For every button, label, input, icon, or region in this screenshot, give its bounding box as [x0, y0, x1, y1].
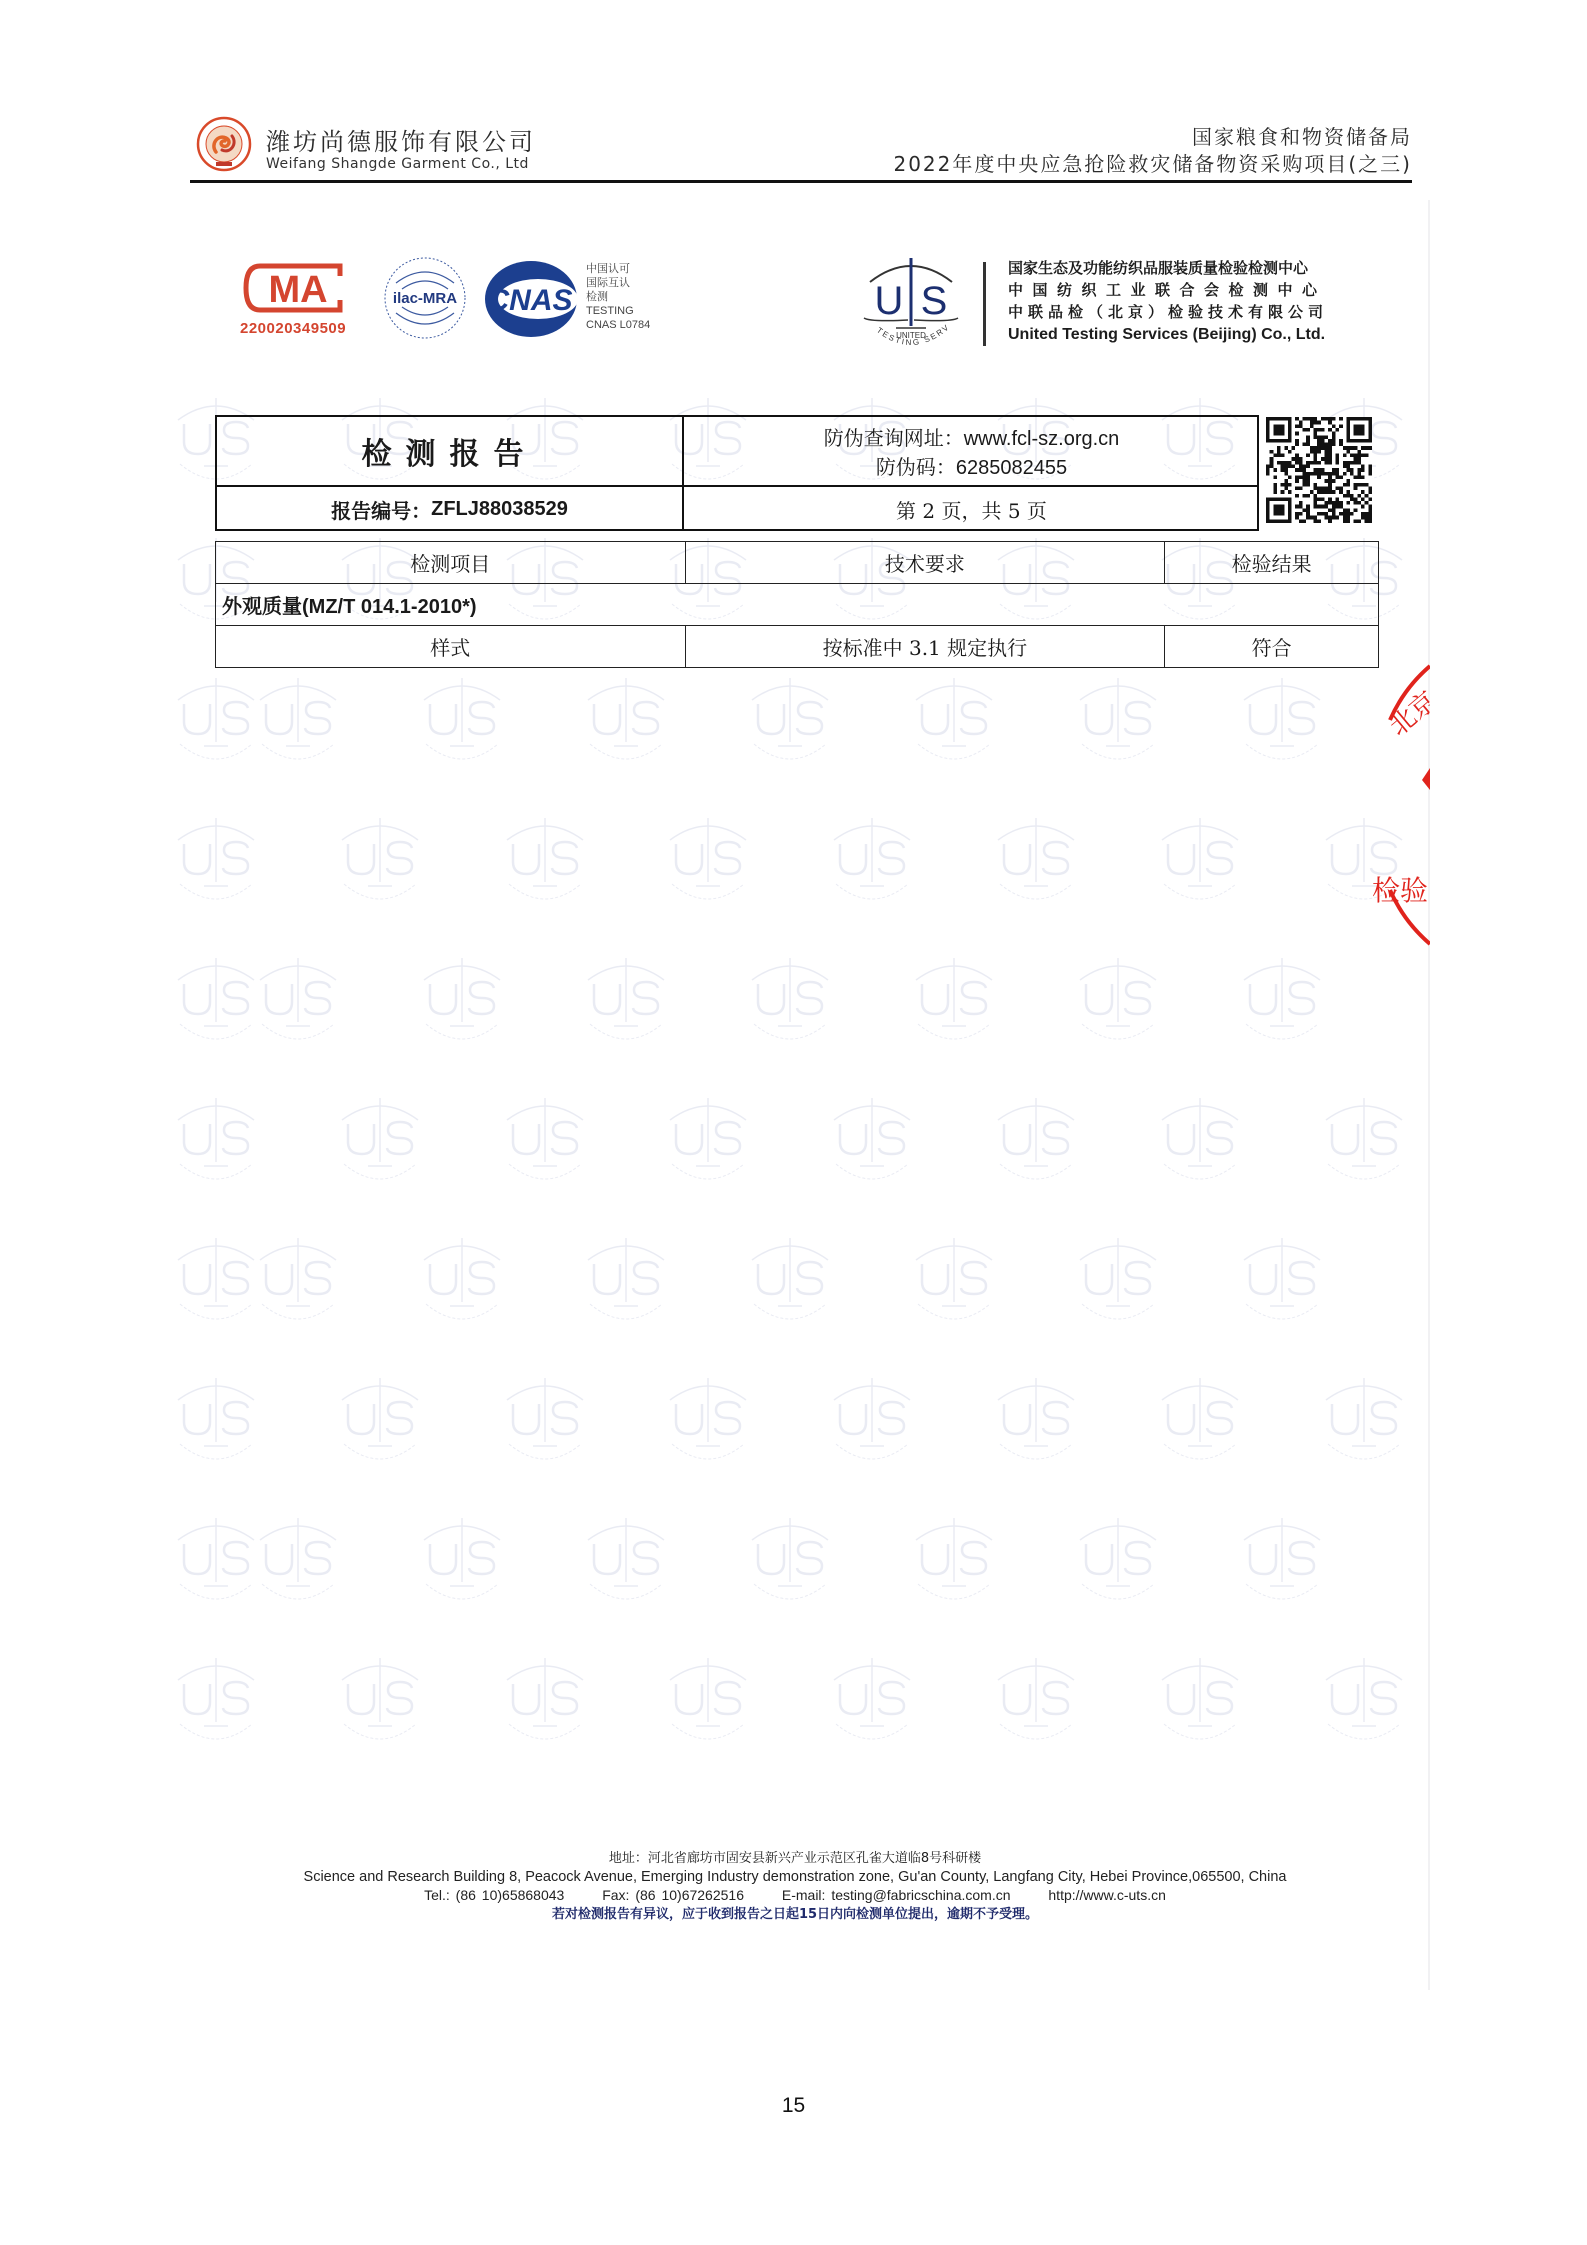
- group-title: 外观质量(MZ/T 014.1-2010*): [216, 584, 686, 626]
- uts-watermark-icon: [658, 1090, 758, 1190]
- uts-watermark-icon: [166, 950, 266, 1050]
- uts-watermark-icon: [822, 1370, 922, 1470]
- uts-watermark-icon: [166, 1650, 266, 1750]
- lab-name-2: 中国纺织工业联合会检测中心: [1008, 280, 1328, 302]
- uts-watermark-icon: [166, 670, 266, 770]
- uts-watermark-icon: [412, 1510, 512, 1610]
- uts-watermark-icon: [1068, 1230, 1168, 1330]
- uts-watermark-icon: [658, 1370, 758, 1470]
- uts-watermark-icon: [1232, 1230, 1332, 1330]
- uts-watermark-icon: [166, 810, 266, 910]
- lab-divider: [983, 262, 986, 346]
- anti-counterfeit-info: 防伪查询网址：www.fcl-sz.org.cn 防伪码：6285082455: [684, 417, 1259, 485]
- header-divider: [190, 180, 1412, 183]
- cnas-logo-icon: CNAS: [480, 258, 582, 340]
- verify-url[interactable]: www.fcl-sz.org.cn: [964, 428, 1120, 450]
- svg-text:U: U: [875, 279, 904, 323]
- uts-watermark-icon: [740, 1510, 840, 1610]
- company-name-en: Weifang Shangde Garment Co., Ltd: [266, 156, 529, 172]
- cma-number: 220020349509: [240, 320, 352, 337]
- uts-watermark-icon: [495, 810, 595, 910]
- uts-watermark-icon: [1150, 1370, 1250, 1470]
- page-number: 15: [0, 2094, 1587, 2118]
- uts-watermark-icon: [576, 950, 676, 1050]
- client-name: 国家粮食和物资储备局: [893, 124, 1412, 151]
- uts-watermark-icon: [576, 1230, 676, 1330]
- uts-watermark-icon: [658, 1650, 758, 1750]
- company-name-cn: 潍坊尚德服饰有限公司: [266, 122, 536, 157]
- results-table: 检测项目 技术要求 检验结果 外观质量(MZ/T 014.1-2010*) 样式…: [215, 541, 1379, 668]
- uts-watermark-icon: [986, 1650, 1086, 1750]
- qr-code-icon[interactable]: [1266, 417, 1372, 523]
- uts-watermark-icon: [330, 1650, 430, 1750]
- svg-text:MA: MA: [268, 269, 327, 311]
- uts-watermark-icon: [740, 670, 840, 770]
- uts-watermark-icon: [495, 1650, 595, 1750]
- svg-text:CNAS: CNAS: [487, 284, 572, 317]
- ilac-mra-logo-icon: ilac-MRA: [382, 255, 468, 341]
- uts-watermark-icon: [166, 1090, 266, 1190]
- report-header-box: 检测报告 报告编号： ZFLJ88038529 防伪查询网址：www.fcl-s…: [215, 415, 1259, 531]
- verify-url-label: 防伪查询网址：: [824, 426, 964, 450]
- inspection-seal-icon: 北京 检验: [1360, 660, 1430, 950]
- uts-watermark-icon: [412, 670, 512, 770]
- uts-watermark-icon: [166, 1230, 266, 1330]
- client-project: 国家粮食和物资储备局 2022年度中央应急抢险救灾储备物资采购项目(之三): [893, 124, 1412, 178]
- uts-watermark-icon: [1150, 1650, 1250, 1750]
- report-title: 检测报告: [217, 417, 682, 485]
- uts-watermark-icon: [740, 1230, 840, 1330]
- lab-name-en: United Testing Services (Beijing) Co., L…: [1008, 324, 1328, 346]
- lab-name-block: 国家生态及功能纺织品服装质量检验检测中心 中国纺织工业联合会检测中心 中联品检（…: [1008, 258, 1328, 346]
- uts-watermark-icon: [904, 1510, 1004, 1610]
- lab-name-1: 国家生态及功能纺织品服装质量检验检测中心: [1008, 258, 1328, 280]
- uts-watermark-icon: [1068, 950, 1168, 1050]
- lab-name-3: 中联品检（北京）检验技术有限公司: [1008, 302, 1328, 324]
- uts-watermark-icon: [904, 1230, 1004, 1330]
- uts-watermark-icon: [495, 1090, 595, 1190]
- svg-text:北京: 北京: [1384, 686, 1430, 742]
- row-requirement: 按标准中 3.1 规定执行: [685, 626, 1165, 668]
- company-logo-icon: [196, 116, 252, 172]
- cnas-caption-line: TESTING: [586, 304, 650, 318]
- project-name: 2022年度中央应急抢险救灾储备物资采购项目(之三): [893, 151, 1412, 178]
- uts-watermark-icon: [1314, 1370, 1414, 1470]
- svg-text:S: S: [921, 279, 948, 323]
- uts-watermark-icon: [1232, 950, 1332, 1050]
- cnas-caption-line: CNAS L0784: [586, 318, 650, 332]
- uts-watermark-icon: [166, 1510, 266, 1610]
- cma-logo: MA 220020349509: [240, 262, 352, 337]
- uts-watermark-icon: [412, 1230, 512, 1330]
- tel: Tel.: (86 10)65868043: [424, 1887, 564, 1903]
- svg-text:ilac-MRA: ilac-MRA: [393, 290, 457, 307]
- sheet-edge: [1428, 200, 1430, 1990]
- uts-watermark-icon: [495, 1370, 595, 1470]
- uts-watermark-icon: [986, 1090, 1086, 1190]
- uts-watermark-icon: [822, 1650, 922, 1750]
- uts-watermark-icon: [1314, 1650, 1414, 1750]
- uts-watermark-icon: [822, 810, 922, 910]
- uts-watermark-icon: [576, 670, 676, 770]
- email[interactable]: E-mail: testing@fabricschina.com.cn: [782, 1887, 1011, 1903]
- table-group-row: 外观质量(MZ/T 014.1-2010*): [216, 584, 1379, 626]
- uts-watermark-icon: [986, 1370, 1086, 1470]
- address-en: Science and Research Building 8, Peacock…: [160, 1868, 1430, 1886]
- col-header-requirement: 技术要求: [685, 542, 1165, 584]
- row-item: 样式: [216, 626, 686, 668]
- report-number-value: ZFLJ88038529: [431, 498, 568, 521]
- uts-watermark-icon: [822, 1090, 922, 1190]
- cnas-caption: 中国认可 国际互认 检测 TESTING CNAS L0784: [586, 262, 650, 332]
- uts-watermark-icon: [330, 1090, 430, 1190]
- uts-watermark-icon: [986, 810, 1086, 910]
- address-cn: 地址：河北省廊坊市固安县新兴产业示范区孔雀大道临8号科研楼: [160, 1850, 1430, 1868]
- uts-watermark-icon: [904, 950, 1004, 1050]
- uts-watermark-icon: [330, 1370, 430, 1470]
- uts-watermark-icon: [1314, 1090, 1414, 1190]
- uts-watermark-icon: [412, 950, 512, 1050]
- website[interactable]: http://www.c-uts.cn: [1048, 1887, 1165, 1903]
- uts-watermark-icon: [576, 1510, 676, 1610]
- uts-watermark-icon: [1150, 1090, 1250, 1190]
- cnas-caption-line: 中国认可: [586, 262, 650, 276]
- verify-code: 6285082455: [956, 457, 1067, 479]
- uts-watermark-icon: [740, 950, 840, 1050]
- table-row: 样式 按标准中 3.1 规定执行 符合: [216, 626, 1379, 668]
- uts-watermark-icon: [1068, 1510, 1168, 1610]
- contact-line: Tel.: (86 10)65868043 Fax: (86 10)672625…: [160, 1886, 1430, 1904]
- uts-watermark-icon: [1232, 1510, 1332, 1610]
- table-header-row: 检测项目 技术要求 检验结果: [216, 542, 1379, 584]
- uts-scale-logo-icon: U S UNITED TESTING SERVICES: [856, 248, 966, 358]
- uts-watermark-icon: [658, 810, 758, 910]
- col-header-result: 检验结果: [1165, 542, 1379, 584]
- uts-watermark-icon: [166, 1370, 266, 1470]
- page-info: 第 2 页，共 5 页: [684, 487, 1259, 531]
- page-header: 潍坊尚德服饰有限公司 Weifang Shangde Garment Co., …: [190, 112, 1412, 182]
- report-number: 报告编号： ZFLJ88038529: [217, 487, 682, 531]
- group-spacer: [1165, 584, 1379, 626]
- cnas-caption-line: 检测: [586, 290, 650, 304]
- cma-mark-icon: MA: [240, 262, 352, 314]
- svg-text:检验: 检验: [1372, 874, 1428, 907]
- verify-code-label: 防伪码：: [876, 455, 956, 479]
- group-spacer: [685, 584, 1165, 626]
- col-header-item: 检测项目: [216, 542, 686, 584]
- objection-notice: 若对检测报告有异议，应于收到报告之日起15日内向检测单位提出，逾期不予受理。: [160, 1904, 1430, 1926]
- uts-watermark-icon: [904, 670, 1004, 770]
- fax: Fax: (86 10)67262516: [602, 1887, 744, 1903]
- row-result: 符合: [1165, 626, 1379, 668]
- uts-watermark-icon: [330, 810, 430, 910]
- uts-watermark-icon: [1232, 670, 1332, 770]
- uts-watermark-icon: [1150, 810, 1250, 910]
- uts-watermark-icon: [1068, 670, 1168, 770]
- cnas-caption-line: 国际互认: [586, 276, 650, 290]
- report-number-label: 报告编号：: [331, 495, 431, 524]
- lab-footer: 地址：河北省廊坊市固安县新兴产业示范区孔雀大道临8号科研楼 Science an…: [160, 1850, 1430, 1926]
